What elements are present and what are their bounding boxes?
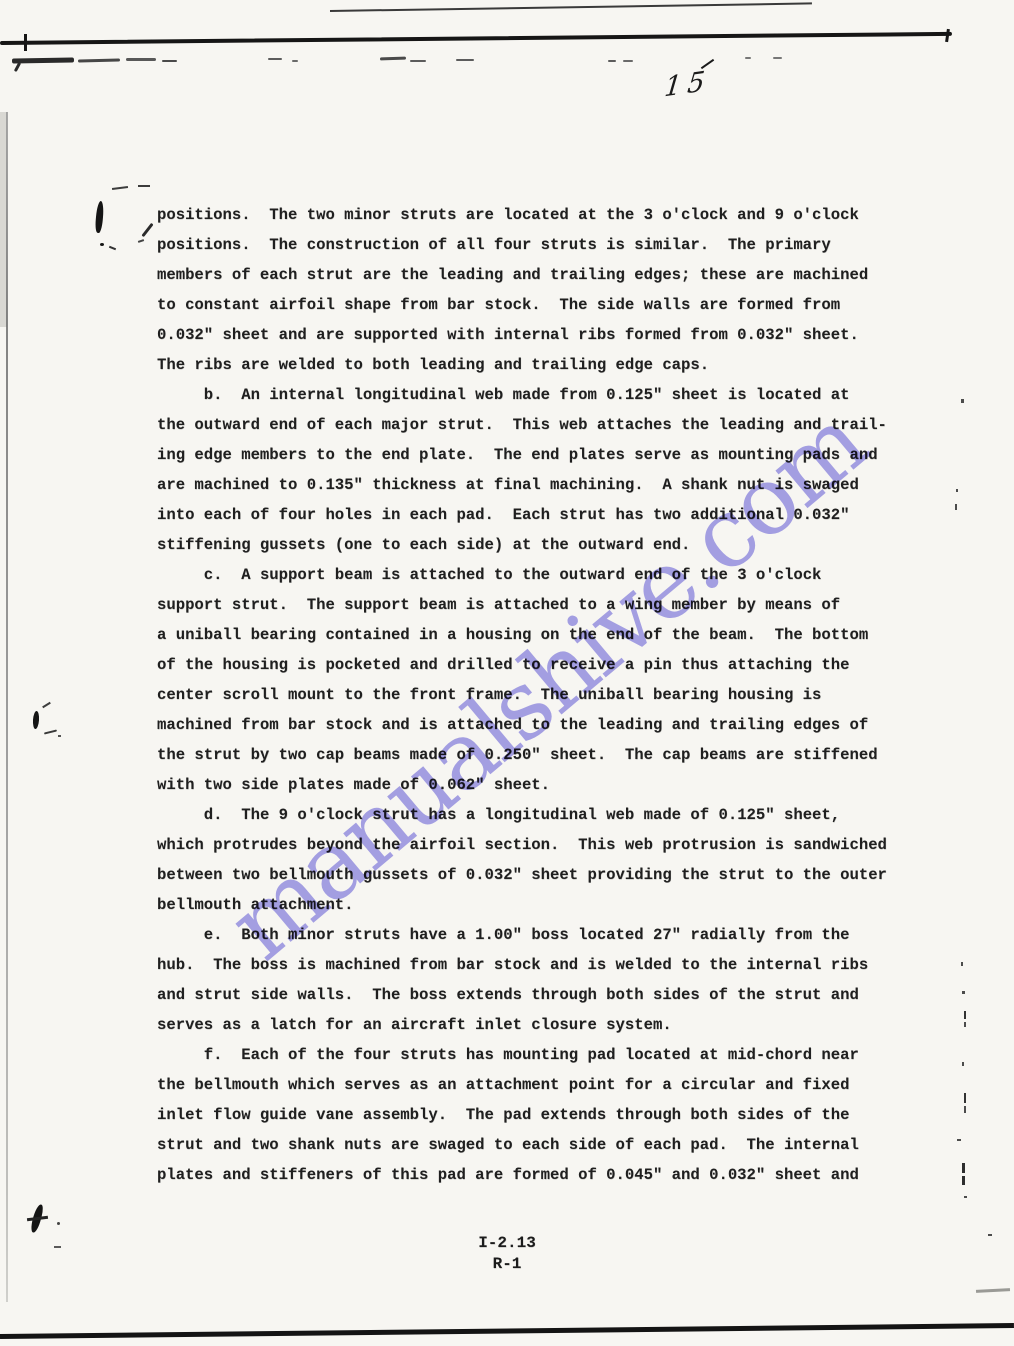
scan-smudge — [623, 60, 633, 62]
paragraph-item-f: f. Each of the four struts has mounting … — [157, 1040, 957, 1190]
scan-smudge — [773, 57, 782, 59]
scan-smudge — [410, 60, 426, 62]
scan-smudge — [608, 60, 616, 62]
paragraph-continuation: positions. The two minor struts are loca… — [157, 200, 957, 380]
top-thin-scan-line — [330, 2, 812, 12]
top-rule-tick — [24, 34, 27, 51]
top-rule-line — [0, 32, 952, 45]
scan-smudge — [162, 60, 177, 62]
scan-smudge — [292, 60, 298, 62]
footer-doc-number: I-2.13 — [0, 1233, 1014, 1254]
bottom-rule-line — [0, 1323, 1014, 1339]
handwritten-page-number: 15 — [662, 63, 725, 108]
footer-revision: R-1 — [0, 1254, 1014, 1275]
scan-smudge — [268, 58, 282, 60]
scan-smudge — [745, 57, 751, 59]
scan-smudge — [456, 59, 474, 61]
scanned-document-page: 15 positions. The two minor struts are l… — [0, 0, 1014, 1346]
left-scan-edge-line — [6, 112, 8, 1302]
bottom-gray-smear — [976, 1288, 1010, 1293]
scan-smudge — [380, 57, 406, 61]
scan-smudge — [12, 57, 74, 63]
page-footer: I-2.13 R-1 — [0, 1233, 1014, 1275]
scan-smudge — [78, 58, 120, 62]
scan-smudge — [126, 58, 156, 61]
